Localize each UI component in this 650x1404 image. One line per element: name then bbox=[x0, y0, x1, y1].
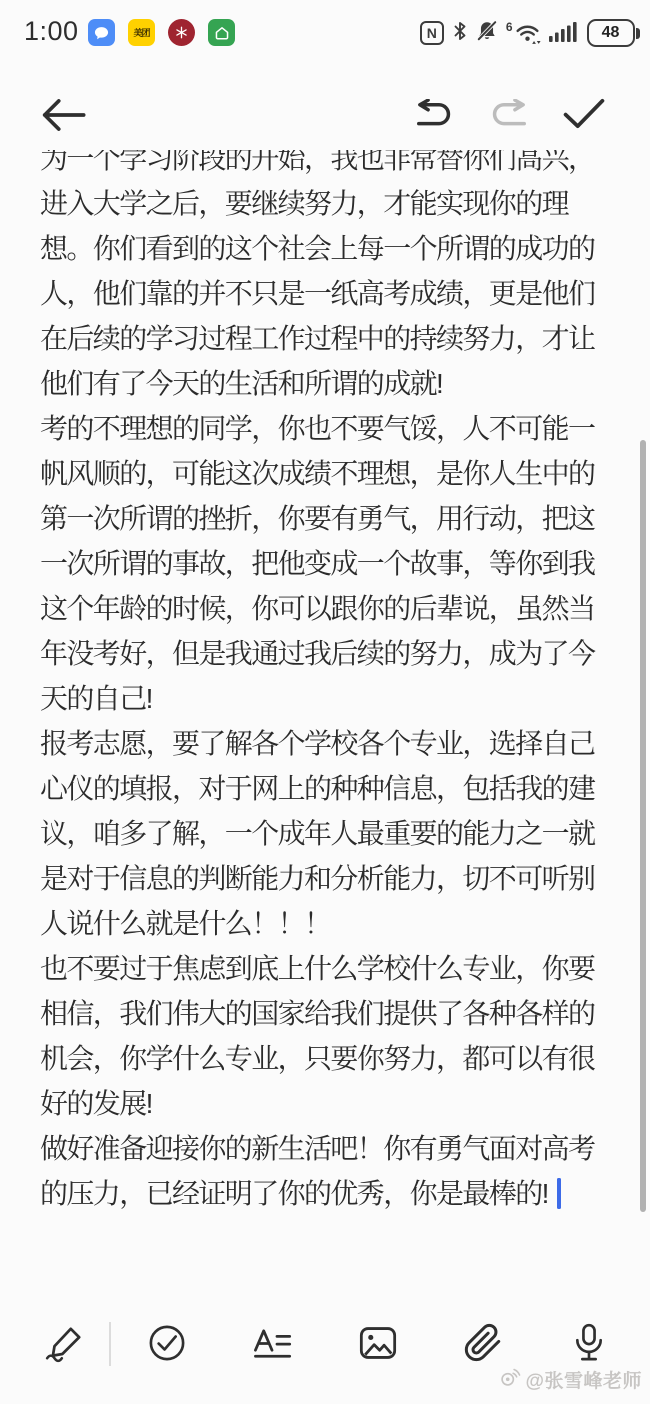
wifi6-icon: 6 bbox=[506, 22, 541, 45]
system-status-icons: N 6 bbox=[420, 18, 640, 48]
toolbar-divider bbox=[109, 1322, 111, 1366]
note-line[interactable]: 他们有了今天的生活和所谓的成就! bbox=[40, 361, 618, 406]
text-format-icon bbox=[251, 1326, 293, 1363]
microphone-icon bbox=[571, 1323, 607, 1366]
bank-app-icon bbox=[168, 19, 195, 46]
note-line[interactable]: 机会，你学什么专业，只要你努力，都可以有很 bbox=[40, 1036, 618, 1081]
voice-input-button[interactable] bbox=[563, 1318, 615, 1370]
messages-app-icon bbox=[88, 19, 115, 46]
note-line[interactable]: 在后续的学习过程工作过程中的持续努力，才让 bbox=[40, 316, 618, 361]
note-line[interactable]: 好的发展! bbox=[40, 1081, 618, 1126]
battery-percent: 48 bbox=[602, 24, 620, 42]
note-line[interactable]: 人，他们靠的并不只是一纸高考成绩，更是他们 bbox=[40, 271, 618, 316]
meituan-app-icon: 美团 bbox=[128, 19, 155, 46]
watermark: @张雪峰老师 bbox=[499, 1366, 642, 1393]
note-content: 为一个学习阶段的开始，我也非常替你们高兴， 进入大学之后，要继续努力，才能实现你… bbox=[40, 150, 618, 1216]
clock: 1:00 bbox=[24, 16, 79, 47]
note-line[interactable]: 年没考好，但是我通过我后续的努力，成为了今 bbox=[40, 631, 618, 676]
nfc-icon: N bbox=[420, 21, 444, 45]
editor-toolbar bbox=[0, 85, 650, 149]
note-line[interactable]: 也不要过于焦虑到底上什么学校什么专业，你要 bbox=[40, 946, 618, 991]
insert-image-button[interactable] bbox=[352, 1318, 404, 1370]
note-line-last[interactable]: 的压力，已经证明了你的优秀，你是最棒的! bbox=[40, 1171, 618, 1216]
wifi-generation-label: 6 bbox=[506, 20, 513, 34]
back-arrow-icon bbox=[36, 125, 88, 140]
attachment-paperclip-icon bbox=[463, 1323, 503, 1366]
scrollbar-thumb[interactable] bbox=[640, 440, 646, 1212]
note-line[interactable]: 心仪的填报，对于网上的种种信息，包括我的建 bbox=[40, 766, 618, 811]
signal-bars-icon bbox=[549, 20, 579, 47]
watermark-handle: @张雪峰老师 bbox=[525, 1366, 642, 1393]
note-line[interactable]: 是对于信息的判断能力和分析能力，切不可听别 bbox=[40, 856, 618, 901]
bluetooth-icon bbox=[452, 20, 468, 47]
note-line[interactable]: 做好准备迎接你的新生活吧！你有勇气面对高考 bbox=[40, 1126, 618, 1171]
note-line[interactable]: 报考志愿，要了解各个学校各个专业，选择自己 bbox=[40, 721, 618, 766]
attachment-button[interactable] bbox=[457, 1318, 509, 1370]
redo-button[interactable] bbox=[487, 99, 533, 128]
undo-icon bbox=[410, 116, 456, 131]
status-bar: 1:00 美团 N bbox=[0, 0, 650, 62]
handwriting-button[interactable] bbox=[39, 1318, 91, 1370]
confirm-button[interactable] bbox=[561, 96, 607, 131]
text-cursor bbox=[557, 1178, 562, 1209]
note-line[interactable]: 相信，我们伟大的国家给我们提供了各种各样的 bbox=[40, 991, 618, 1036]
note-line: 的压力，已经证明了你的优秀，你是最棒的! bbox=[40, 1171, 548, 1216]
note-text-area[interactable]: 为一个学习阶段的开始，我也非常替你们高兴， 进入大学之后，要继续努力，才能实现你… bbox=[40, 150, 618, 1218]
todo-check-circle-icon bbox=[147, 1323, 187, 1366]
smart-home-app-icon bbox=[208, 19, 235, 46]
text-format-button[interactable] bbox=[246, 1318, 298, 1370]
note-line[interactable]: 考的不理想的同学，你也不要气馁，人不可能一 bbox=[40, 406, 618, 451]
note-line[interactable]: 想。你们看到的这个社会上每一个所谓的成功的 bbox=[40, 226, 618, 271]
todo-checklist-button[interactable] bbox=[141, 1318, 193, 1370]
note-line[interactable]: 为一个学习阶段的开始，我也非常替你们高兴， bbox=[40, 150, 618, 181]
notes-app-screen: 1:00 美团 N bbox=[0, 0, 650, 1404]
confirm-check-icon bbox=[561, 119, 607, 134]
note-line[interactable]: 第一次所谓的挫折，你要有勇气，用行动，把这 bbox=[40, 496, 618, 541]
redo-icon bbox=[487, 116, 533, 131]
handwriting-pen-icon bbox=[44, 1322, 86, 1367]
notification-app-icons: 美团 bbox=[88, 19, 235, 46]
note-line[interactable]: 议，咱多了解，一个成年人最重要的能力之一就 bbox=[40, 811, 618, 856]
back-button[interactable] bbox=[36, 93, 88, 137]
image-icon bbox=[358, 1325, 398, 1364]
battery-icon: 48 bbox=[587, 19, 641, 47]
undo-button[interactable] bbox=[410, 99, 456, 128]
note-line[interactable]: 帆风顺的，可能这次成绩不理想，是你人生中的 bbox=[40, 451, 618, 496]
note-line[interactable]: 人说什么就是什么！！！ bbox=[40, 901, 618, 946]
note-line[interactable]: 进入大学之后，要继续努力，才能实现你的理 bbox=[40, 181, 618, 226]
note-line[interactable]: 天的自己! bbox=[40, 676, 618, 721]
mute-bell-icon bbox=[476, 20, 498, 47]
note-line[interactable]: 一次所谓的事故，把他变成一个故事，等你到我 bbox=[40, 541, 618, 586]
weibo-icon bbox=[499, 1367, 521, 1392]
note-line[interactable]: 这个年龄的时候，你可以跟你的后辈说，虽然当 bbox=[40, 586, 618, 631]
